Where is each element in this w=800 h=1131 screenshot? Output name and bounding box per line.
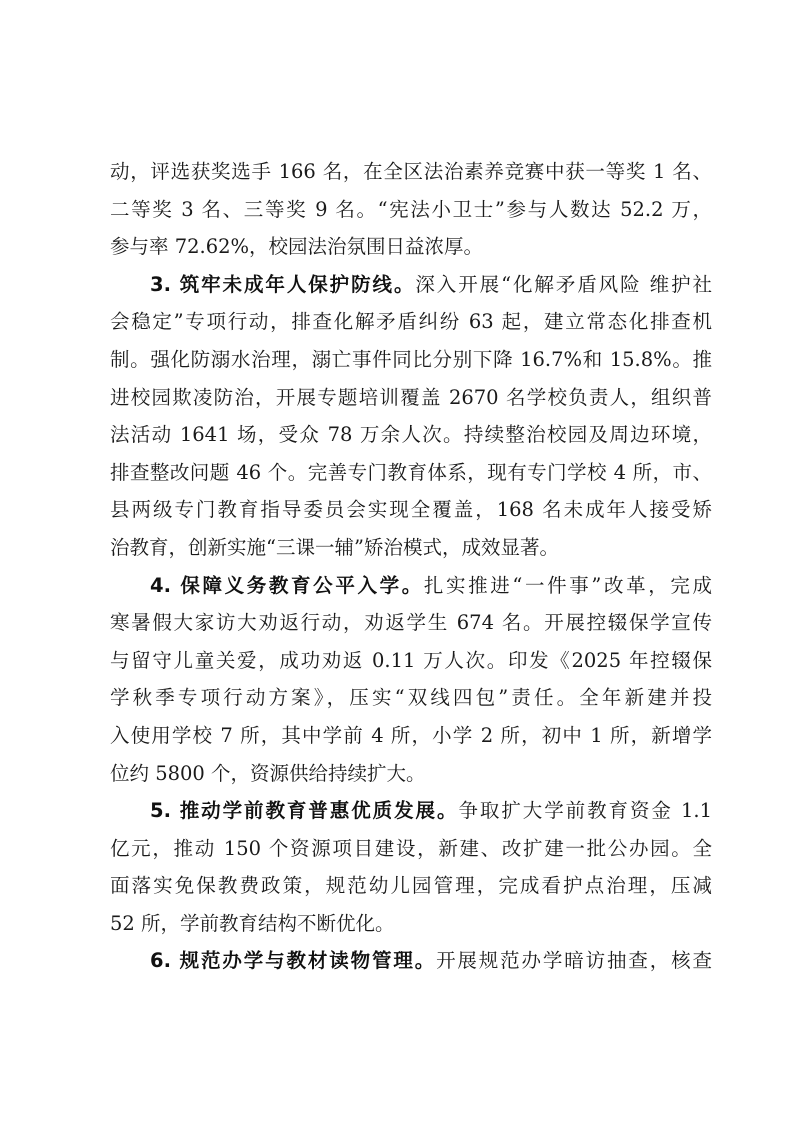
heading-line-rest: 扎实推进“一件事”改革，完成 xyxy=(424,574,712,597)
text-line: 寒暑假大家访大劝返行动，劝返学生 674 名。开展控辍保学宣传 xyxy=(110,604,712,642)
text-line: 动，评选获奖选手 166 名，在全区法治素养竞赛中获一等奖 1 名、 xyxy=(110,153,712,191)
text-line: 二等奖 3 名、三等奖 9 名。“宪法小卫士”参与人数达 52.2 万， xyxy=(110,191,712,229)
text-line: 学秋季专项行动方案》，压实“双线四包”责任。全年新建并投 xyxy=(110,679,712,717)
section-heading-3: 3. 筑牢未成年人保护防线。 xyxy=(150,273,415,296)
text-line: 6. 规范办学与教材读物管理。开展规范办学暗访抽查，核查 xyxy=(110,942,712,980)
section-heading-4: 4. 保障义务教育公平入学。 xyxy=(150,574,424,597)
text-line: 4. 保障义务教育公平入学。扎实推进“一件事”改革，完成 xyxy=(110,567,712,605)
text-line: 与留守儿童关爱，成功劝返 0.11 万人次。印发《2025 年控辍保 xyxy=(110,642,712,680)
document-page: 动，评选获奖选手 166 名，在全区法治素养竞赛中获一等奖 1 名、 二等奖 3… xyxy=(110,153,712,980)
text-line: 会稳定”专项行动，排查化解矛盾纠纷 63 起，建立常态化排查机 xyxy=(110,303,712,341)
text-line: 亿元，推动 150 个资源项目建设，新建、改扩建一批公办园。全 xyxy=(110,830,712,868)
section-heading-5: 5. 推动学前教育普惠优质发展。 xyxy=(150,799,458,822)
text-line: 参与率 72.62%，校园法治氛围日益浓厚。 xyxy=(110,228,712,266)
paragraph-continuation: 动，评选获奖选手 166 名，在全区法治素养竞赛中获一等奖 1 名、 二等奖 3… xyxy=(110,153,712,266)
text-line: 治教育，创新实施“三课一辅”矫治模式，成效显著。 xyxy=(110,529,712,567)
heading-line-rest: 开展规范办学暗访抽查，核查 xyxy=(436,949,712,972)
text-line: 县两级专门教育指导委员会实现全覆盖，168 名未成年人接受矫 xyxy=(110,491,712,529)
text-line: 进校园欺凌防治，开展专题培训覆盖 2670 名学校负责人，组织普 xyxy=(110,379,712,417)
paragraph-6: 6. 规范办学与教材读物管理。开展规范办学暗访抽查，核查 xyxy=(110,942,712,980)
text-line: 入使用学校 7 所，其中学前 4 所，小学 2 所，初中 1 所，新增学 xyxy=(110,717,712,755)
text-line: 位约 5800 个，资源供给持续扩大。 xyxy=(110,755,712,793)
paragraph-4: 4. 保障义务教育公平入学。扎实推进“一件事”改革，完成 寒暑假大家访大劝返行动… xyxy=(110,567,712,793)
text-line: 52 所，学前教育结构不断优化。 xyxy=(110,905,712,943)
text-line: 法活动 1641 场，受众 78 万余人次。持续整治校园及周边环境， xyxy=(110,416,712,454)
section-heading-6: 6. 规范办学与教材读物管理。 xyxy=(150,949,436,972)
text-line: 5. 推动学前教育普惠优质发展。争取扩大学前教育资金 1.1 xyxy=(110,792,712,830)
paragraph-3: 3. 筑牢未成年人保护防线。深入开展“化解矛盾风险 维护社 会稳定”专项行动，排… xyxy=(110,266,712,567)
heading-line-rest: 争取扩大学前教育资金 1.1 xyxy=(458,799,712,822)
heading-line-rest: 深入开展“化解矛盾风险 维护社 xyxy=(415,273,712,296)
text-line: 3. 筑牢未成年人保护防线。深入开展“化解矛盾风险 维护社 xyxy=(110,266,712,304)
paragraph-5: 5. 推动学前教育普惠优质发展。争取扩大学前教育资金 1.1 亿元，推动 150… xyxy=(110,792,712,942)
text-line: 面落实免保教费政策，规范幼儿园管理，完成看护点治理，压减 xyxy=(110,867,712,905)
text-line: 排查整改问题 46 个。完善专门教育体系，现有专门学校 4 所，市、 xyxy=(110,454,712,492)
text-line: 制。强化防溺水治理，溺亡事件同比分别下降 16.7%和 15.8%。推 xyxy=(110,341,712,379)
